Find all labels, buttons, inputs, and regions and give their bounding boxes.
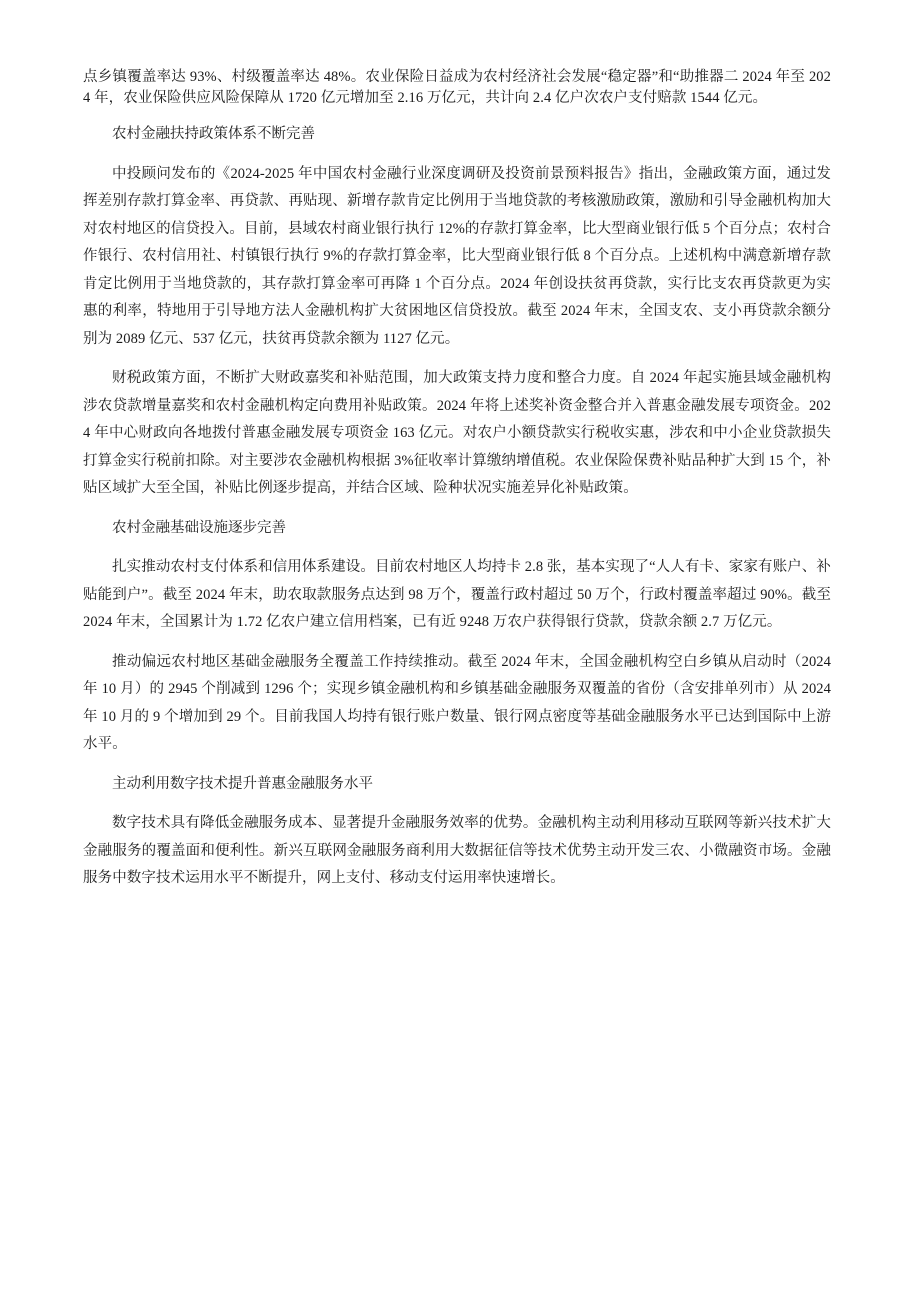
paragraph-digital-finance: 数字技术具有降低金融服务成本、显著提升金融服务效率的优势。金融机构主动利用移动互… [83, 810, 831, 893]
paragraph-remote-coverage: 推动偏远农村地区基础金融服务全覆盖工作持续推动。截至 2024 年末，全国金融机… [83, 649, 831, 759]
document-page: 点乡镇覆盖率达 93%、村级覆盖率达 48%。农业保险日益成为农村经济社会发展“… [83, 67, 831, 893]
paragraph-fiscal-tax-policy: 财税政策方面，不断扩大财政嘉奖和补贴范围，加大政策支持力度和整合力度。自 202… [83, 365, 831, 503]
paragraph-financial-policy: 中投顾问发布的《2024-2025 年中国农村金融行业深度调研及投资前景预料报告… [83, 161, 831, 354]
paragraph-agri-insurance-continued: 点乡镇覆盖率达 93%、村级覆盖率达 48%。农业保险日益成为农村经济社会发展“… [83, 67, 831, 109]
heading-infrastructure: 农村金融基础设施逐步完善 [83, 515, 831, 543]
paragraph-payment-credit-system: 扎实推动农村支付体系和信用体系建设。目前农村地区人均持卡 2.8 张，基本实现了… [83, 554, 831, 637]
heading-policy-system: 农村金融扶持政策体系不断完善 [83, 121, 831, 149]
heading-digital-technology: 主动利用数字技术提升普惠金融服务水平 [83, 771, 831, 799]
